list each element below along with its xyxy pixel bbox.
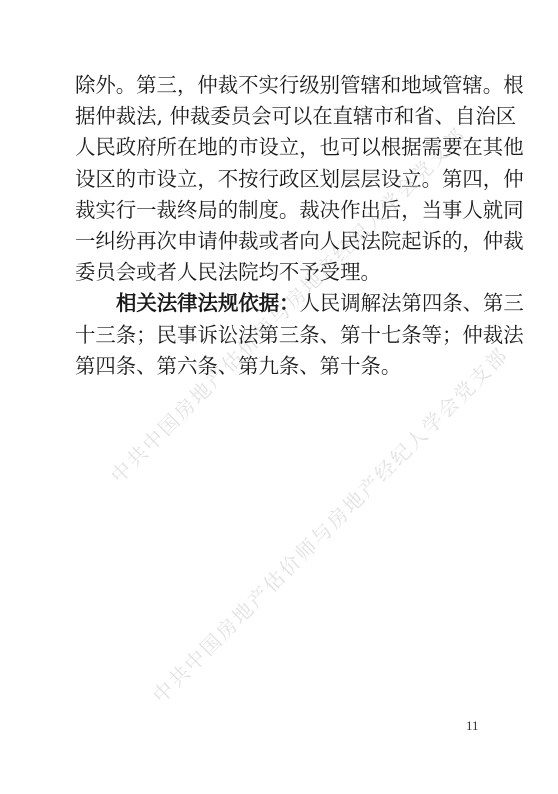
- legal-basis-text: 人民调解法第四条、第三: [300, 291, 524, 315]
- paragraph-1-line-7: 委员会或者人民法院均不予受理。: [75, 257, 486, 288]
- paragraph-1-line-5: 裁实行一裁终局的制度。裁决作出后，当事人就同: [75, 195, 486, 226]
- paragraph-2-line-3: 第四条、第六条、第九条、第十条。: [75, 351, 486, 382]
- paragraph-1-line-6: 一纠纷再次申请仲裁或者向人民法院起诉的，仲裁: [75, 226, 486, 257]
- legal-basis-label: 相关法律法规依据：: [116, 291, 300, 315]
- document-page: 除外。第三，仲裁不实行级别管辖和地域管辖。根 据仲裁法, 仲裁委员会可以在直辖市…: [0, 0, 558, 794]
- page-number: 11: [466, 718, 479, 734]
- body-text: 除外。第三，仲裁不实行级别管辖和地域管辖。根 据仲裁法, 仲裁委员会可以在直辖市…: [75, 70, 486, 382]
- paragraph-1-line-1: 除外。第三，仲裁不实行级别管辖和地域管辖。根: [75, 70, 486, 101]
- watermark-lower: 中共中国房地产估价师与房地产经纪人学会党支部: [145, 340, 514, 709]
- paragraph-1-line-2: 据仲裁法, 仲裁委员会可以在直辖市和省、自治区: [75, 101, 486, 132]
- paragraph-2-line-2: 十三条；民事诉讼法第三条、第十七条等；仲裁法: [75, 320, 486, 351]
- paragraph-1-line-4: 设区的市设立，不按行政区划层层设立。第四，仲: [75, 164, 486, 195]
- paragraph-2-line-1: 相关法律法规依据：人民调解法第四条、第三: [75, 288, 486, 319]
- paragraph-1-line-3: 人民政府所在地的市设立，也可以根据需要在其他: [75, 132, 486, 163]
